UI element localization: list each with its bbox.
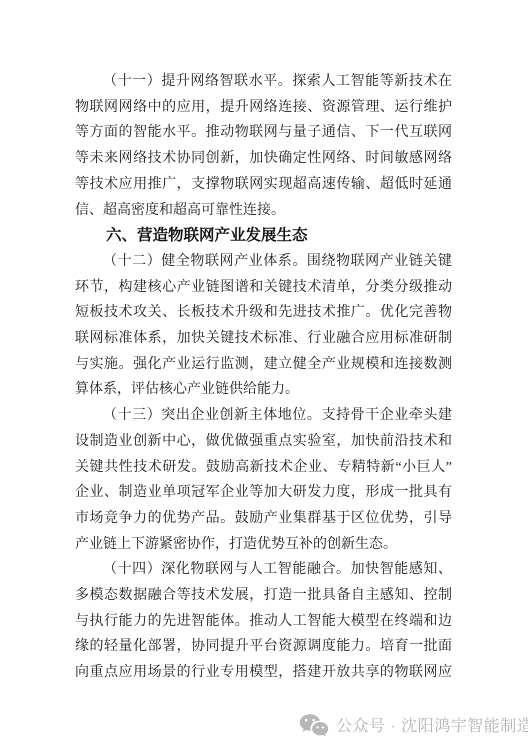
text-line: （十二）健全物联网产业体系。围绕物联网产业链关键 [75, 249, 452, 275]
section-heading: 六、营造物联网产业发展生态 [75, 223, 452, 249]
paragraph-12: （十二）健全物联网产业体系。围绕物联网产业链关键 环节，构建核心产业链图谱和关键… [75, 249, 452, 403]
text-line: 物联网网络中的应用，提升网络连接、资源管理、运行维护 [75, 95, 452, 121]
watermark-text: 公众号 · 沈阳鸿宇智能制造 [336, 713, 528, 736]
paragraph-11: （十一）提升网络智联水平。探索人工智能等新技术在 物联网网络中的应用，提升网络连… [75, 69, 452, 223]
text-line: 市场竞争力的优势产品。鼓励产业集群基于区位优势，引导 [75, 506, 452, 532]
text-line: 缘的轻量化部署，协同提升平台资源调度能力。培育一批面 [75, 634, 452, 660]
text-line: 等未来网络技术协同创新，加快确定性网络、时间敏感网络 [75, 146, 452, 172]
text-line: 与实施。强化产业运行监测，建立健全产业规模和连接数测 [75, 352, 452, 378]
text-line: （十一）提升网络智联水平。探索人工智能等新技术在 [75, 69, 452, 95]
document-body: （十一）提升网络智联水平。探索人工智能等新技术在 物联网网络中的应用，提升网络连… [75, 69, 452, 686]
wechat-icon [299, 713, 329, 737]
text-line: 产业链上下游紧密协作，打造优势互补的创新生态。 [75, 532, 452, 558]
text-line: 向重点应用场景的行业专用模型，搭建开放共享的物联网应 [75, 660, 452, 686]
text-line: 联网标准体系，加快关键技术标准、行业融合应用标准研制 [75, 326, 452, 352]
paragraph-14: （十四）深化物联网与人工智能融合。加快智能感知、 多模态数据融合等技术发展，打造… [75, 557, 452, 686]
text-line: 多模态数据融合等技术发展，打造一批具备自主感知、控制 [75, 583, 452, 609]
paragraph-13: （十三）突出企业创新主体地位。支持骨干企业牵头建 设制造业创新中心，做优做强重点… [75, 403, 452, 557]
watermark: 公众号 · 沈阳鸿宇智能制造 [299, 712, 528, 737]
text-line: 等方面的智能水平。推动物联网与量子通信、下一代互联网 [75, 120, 452, 146]
text-line: 关键共性技术研发。鼓励高新技术企业、专精特新“小巨人” [75, 455, 452, 481]
text-line: 企业、制造业单项冠军企业等加大研发力度，形成一批具有 [75, 480, 452, 506]
text-line: 信、超高密度和超高可靠性连接。 [75, 198, 452, 224]
text-line: 算体系，评估核心产业链供给能力。 [75, 377, 452, 403]
text-line: 短板技术攻关、长板技术升级和先进技术推广。优化完善物 [75, 300, 452, 326]
document-page: （十一）提升网络智联水平。探索人工智能等新技术在 物联网网络中的应用，提升网络连… [0, 0, 528, 748]
text-line: 等技术应用推广，支撑物联网实现超高速传输、超低时延通 [75, 172, 452, 198]
text-line: 与执行能力的先进智能体。推动人工智能大模型在终端和边 [75, 609, 452, 635]
text-line: （十三）突出企业创新主体地位。支持骨干企业牵头建 [75, 403, 452, 429]
text-line: 环节，构建核心产业链图谱和关键技术清单，分类分级推动 [75, 275, 452, 301]
text-line: （十四）深化物联网与人工智能融合。加快智能感知、 [75, 557, 452, 583]
text-line: 设制造业创新中心，做优做强重点实验室，加快前沿技术和 [75, 429, 452, 455]
